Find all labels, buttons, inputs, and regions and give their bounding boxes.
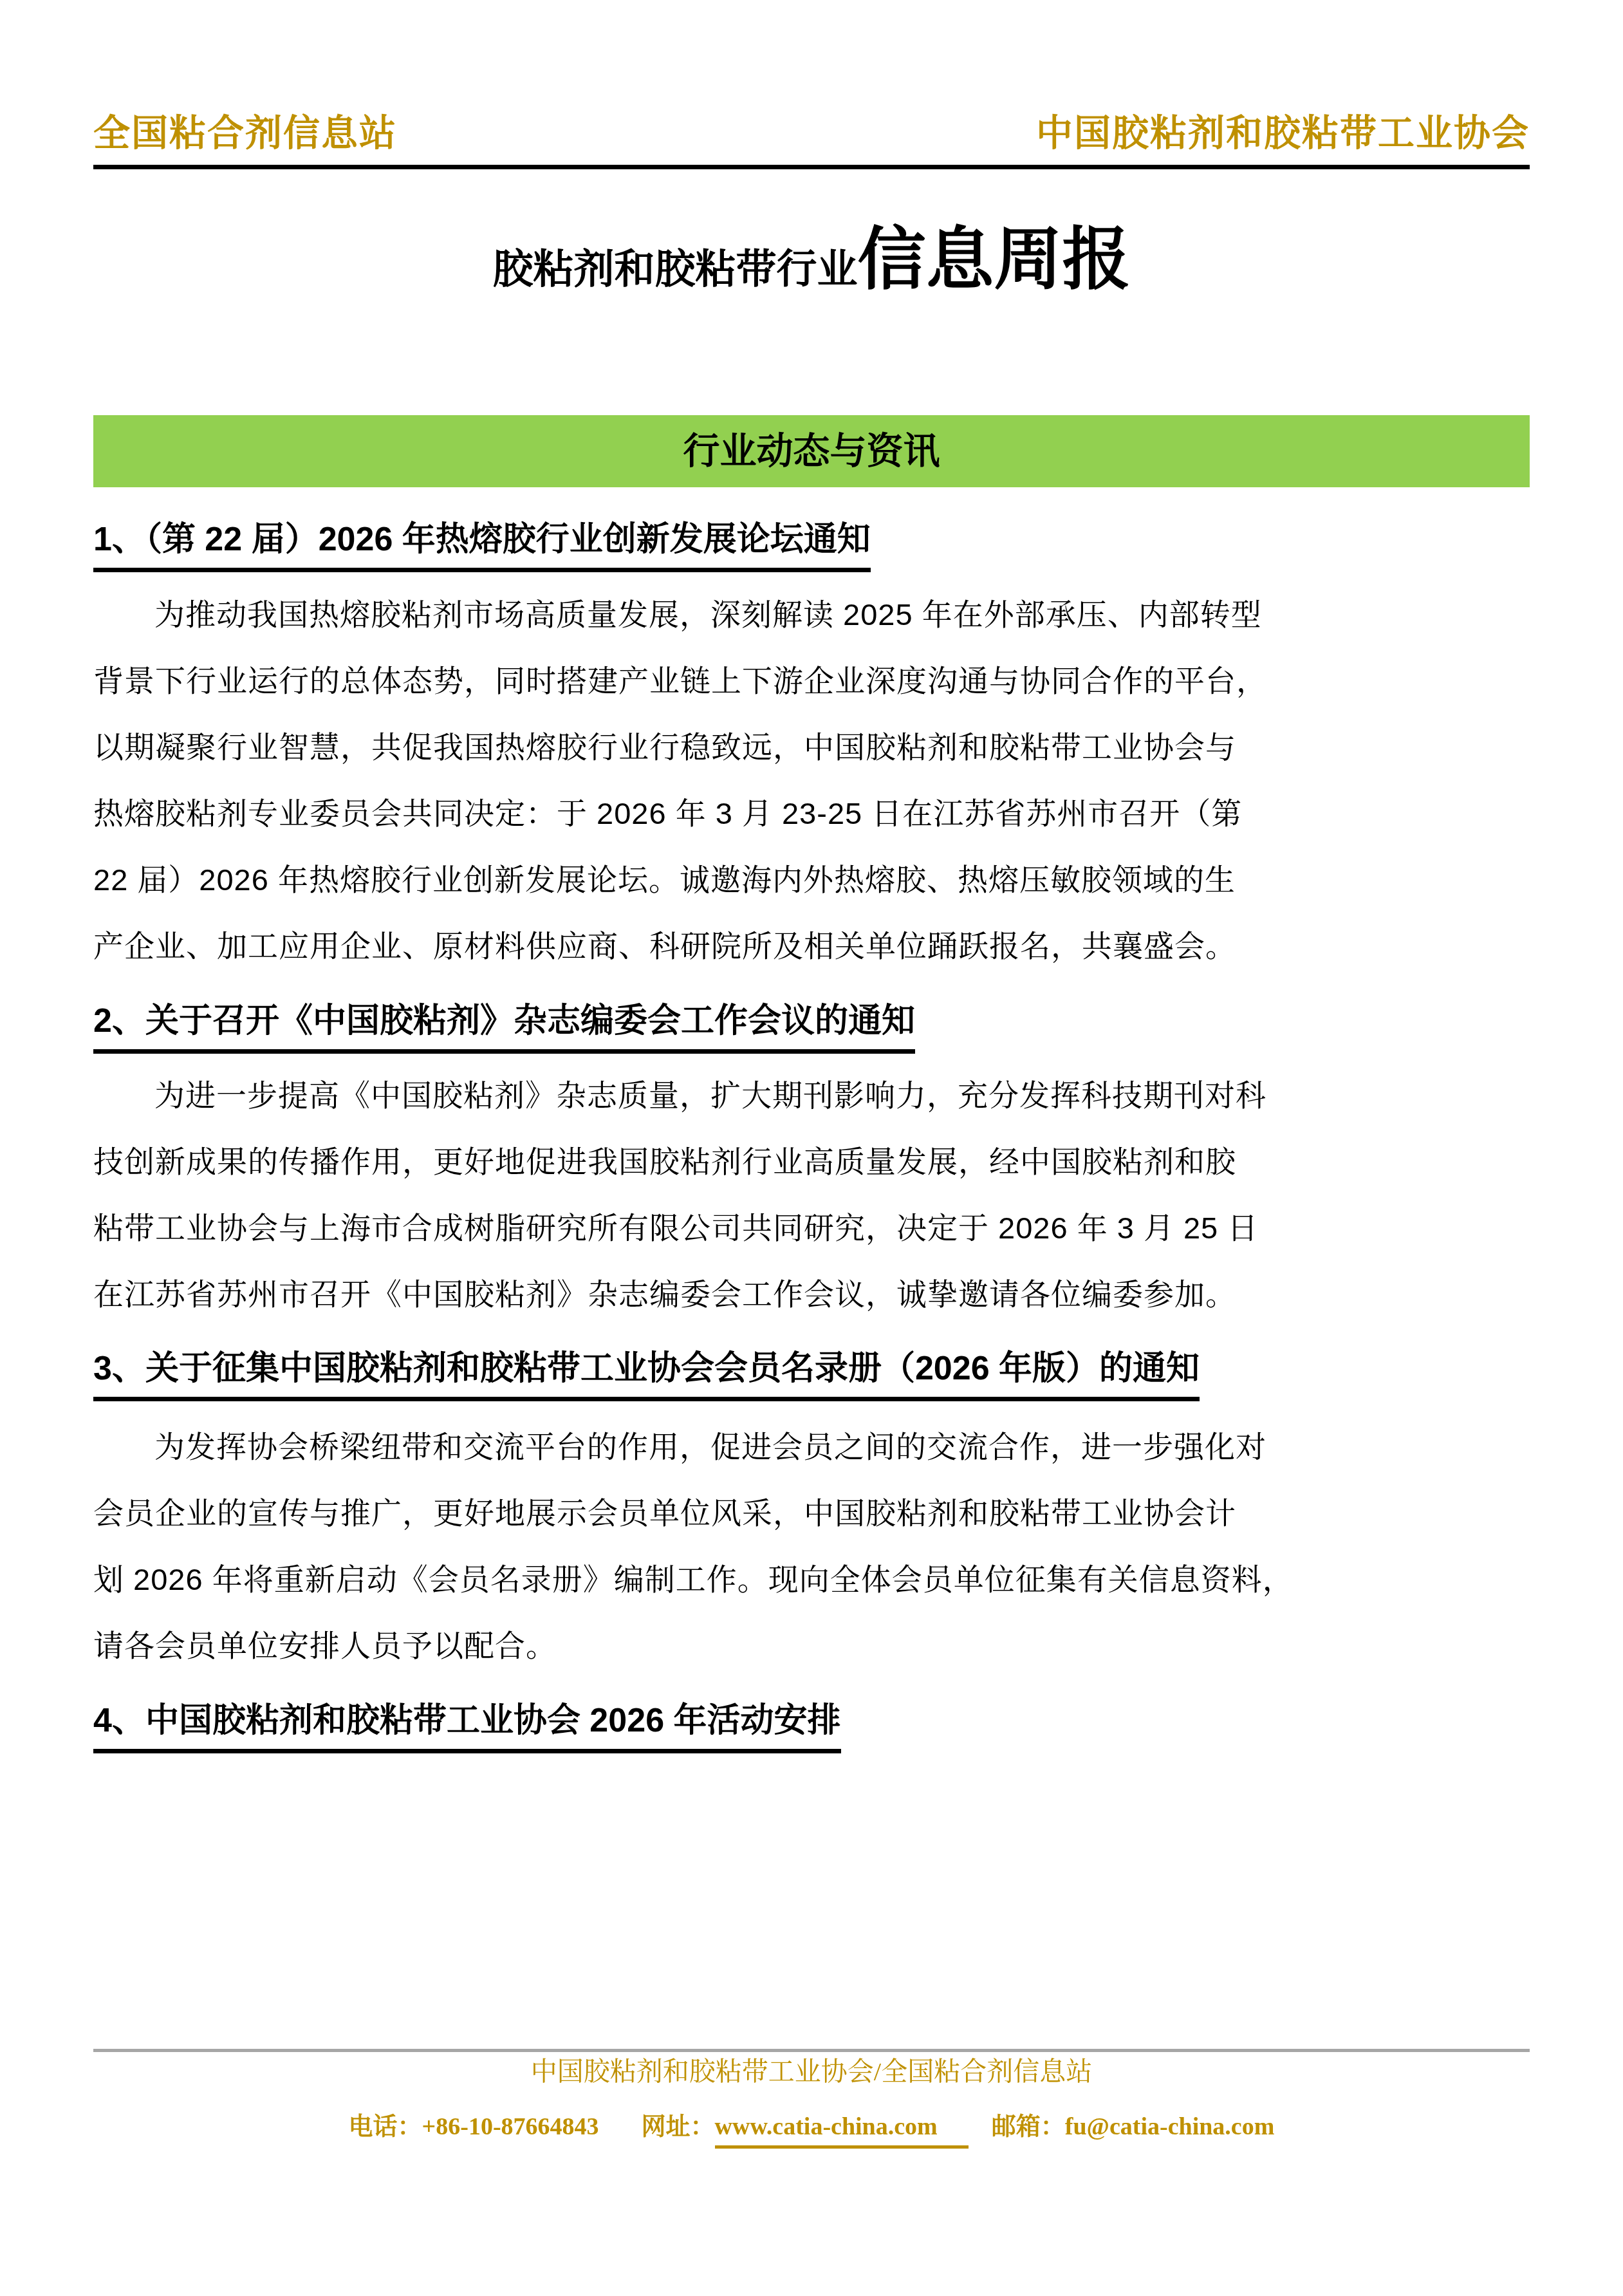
footer-phone-number: +86-10-87664843 (422, 2113, 599, 2140)
footer-email-label: 邮箱： (992, 2113, 1065, 2140)
section-2-body: 为进一步提高《中国胶粘剂》杂志质量，扩大期刊影响力，充分发挥科技期刊对科 技创新… (93, 1062, 1530, 1327)
footer-phone-label: 电话： (349, 2113, 422, 2140)
section-1-heading: 1、（第 22 届）2026 年热熔胶行业创新发展论坛通知 (93, 520, 871, 572)
section-banner: 行业动态与资讯 (93, 415, 1530, 487)
page-title-main: 信息周报 (858, 221, 1131, 297)
section-3-body: 为发挥协会桥梁纽带和交流平台的作用，促进会员之间的交流合作，进一步强化对 会员企… (93, 1414, 1530, 1679)
section-3-heading: 3、关于征集中国胶粘剂和胶粘带工业协会会员名录册（2026 年版）的通知 (93, 1349, 1200, 1401)
section-4-heading: 4、中国胶粘剂和胶粘带工业协会 2026 年活动安排 (93, 1701, 841, 1753)
section-banner-title: 行业动态与资讯 (683, 415, 940, 487)
footer-email-address: fu@catia-china.com (1065, 2113, 1275, 2140)
document-page: 全国粘合剂信息站 中国胶粘剂和胶粘带工业协会 胶粘剂和胶粘带行业信息周报 行业动… (0, 0, 1623, 2296)
page-title: 胶粘剂和胶粘带行业信息周报 (0, 205, 1623, 303)
section-1-body: 为推动我国热熔胶粘剂市场高质量发展，深刻解读 2025 年在外部承压、内部转型 … (93, 581, 1530, 979)
header-left-text: 全国粘合剂信息站 (93, 113, 397, 154)
header-right-text: 中国胶粘剂和胶粘带工业协会 (1036, 113, 1530, 154)
footer-org-line: 中国胶粘剂和胶粘带工业协会/全国粘合剂信息站 (0, 2056, 1623, 2087)
page-title-prefix: 胶粘剂和胶粘带行业 (493, 247, 858, 292)
header-divider (93, 165, 1530, 169)
footer-web-label: 网址： (642, 2113, 715, 2140)
footer-divider (93, 2049, 1530, 2052)
section-2-heading: 2、关于召开《中国胶粘剂》杂志编委会工作会议的通知 (93, 1002, 915, 1054)
footer-contact-line: 电话：+86-10-87664843网址：www.catia-china.com… (0, 2112, 1623, 2149)
footer-website-link[interactable]: www.catia-china.com (715, 2112, 969, 2149)
